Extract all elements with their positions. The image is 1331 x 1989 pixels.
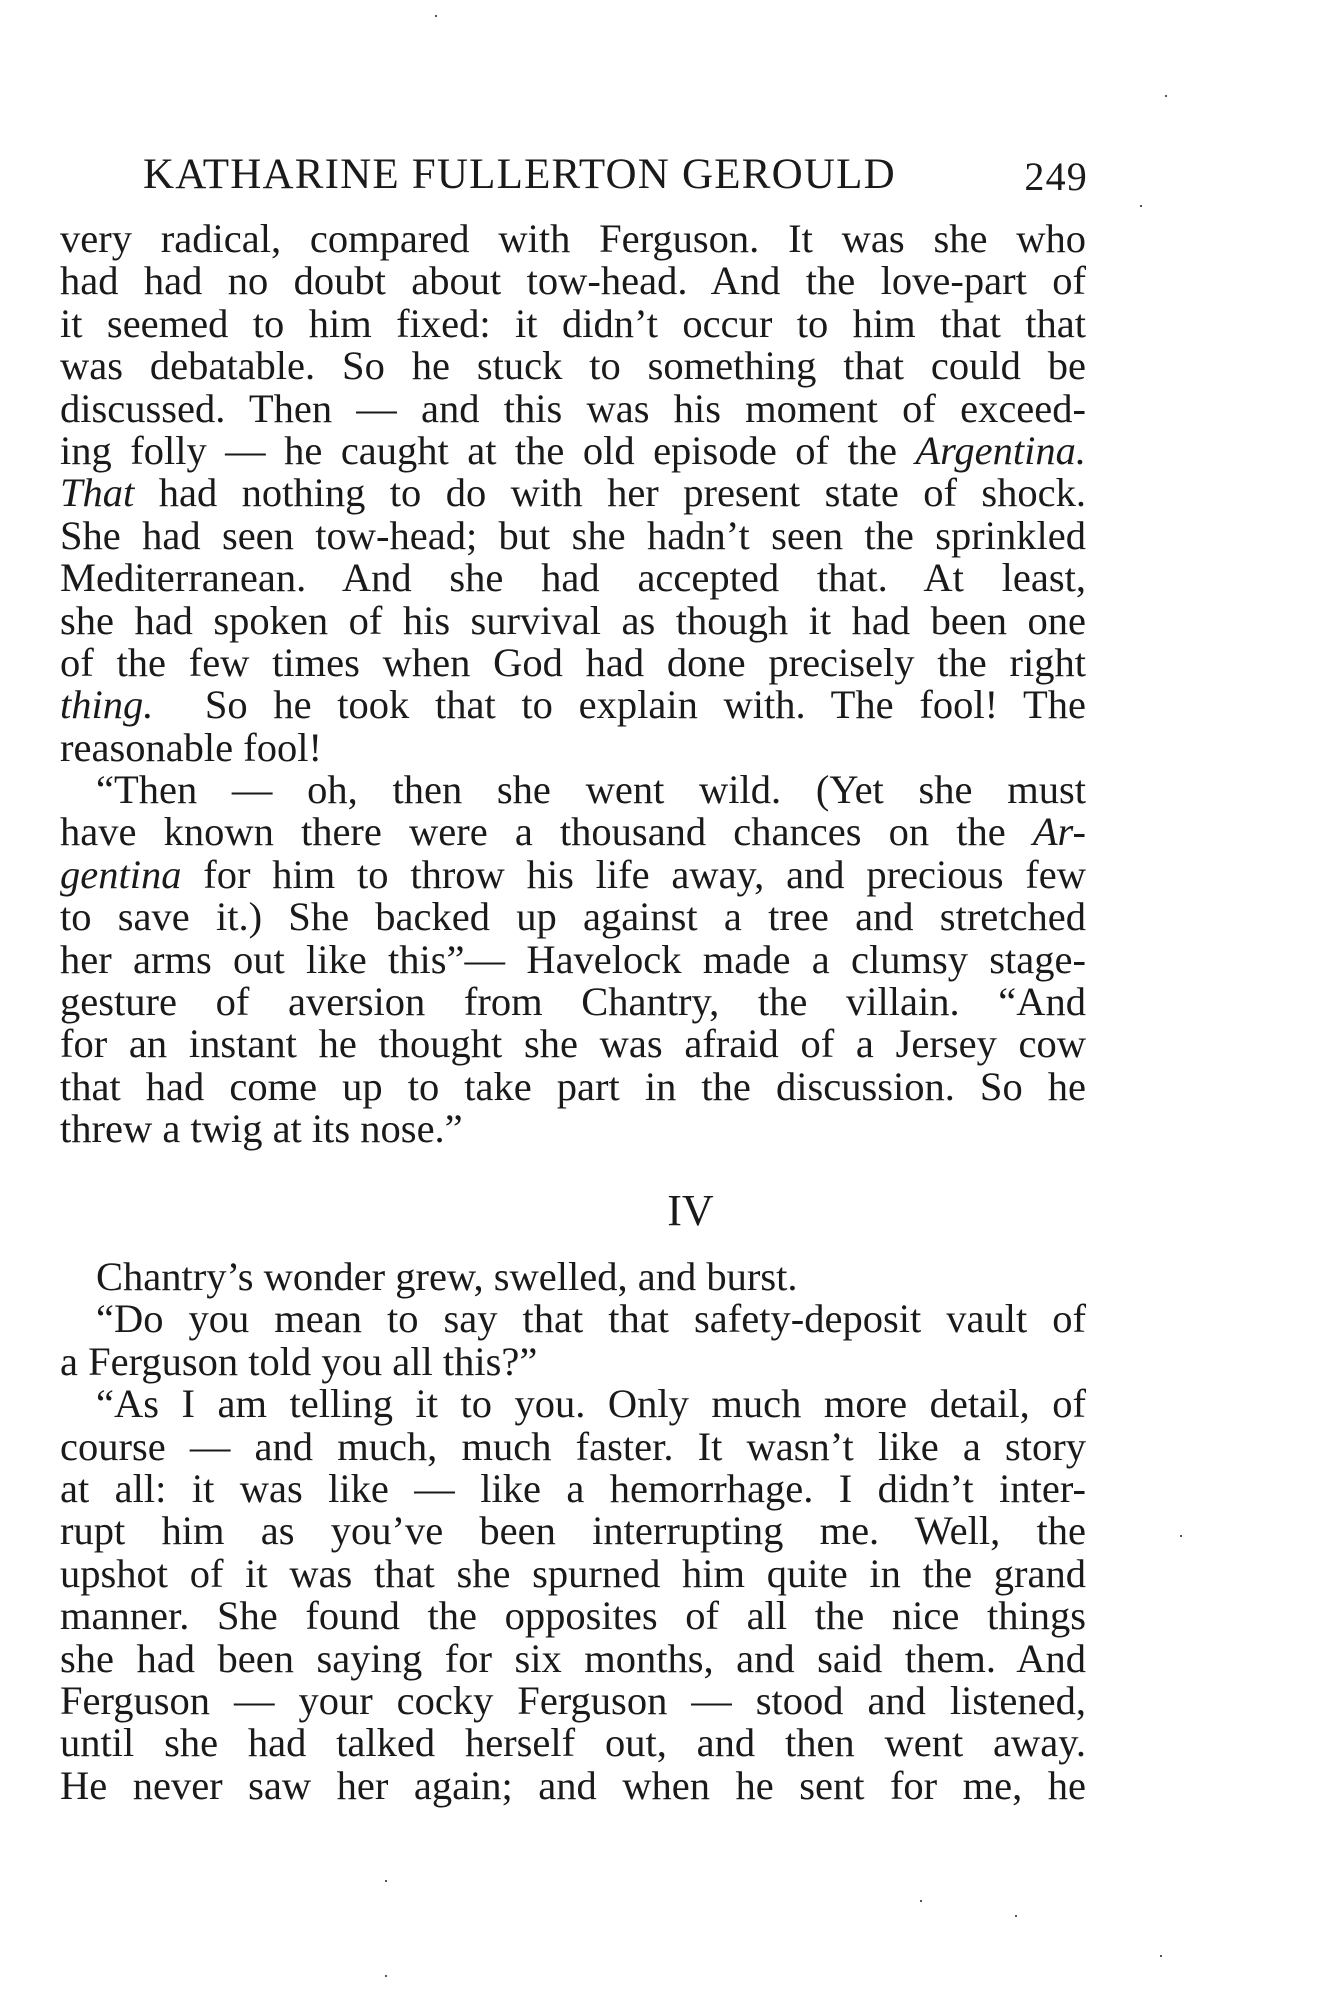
text-line: That had nothing to do with her present … (60, 472, 1086, 514)
text-fragment: for him to throw his life away, and prec… (203, 852, 1086, 897)
scan-speck (920, 1900, 922, 1902)
text-line: Chantry’s wonder grew, swelled, and burs… (60, 1256, 1086, 1298)
scan-speck (1015, 1915, 1017, 1917)
italic-emphasis: thing. (60, 682, 153, 727)
text-line: She had seen tow-head; but she hadn’t se… (60, 515, 1086, 557)
text-line: that had come up to take part in the dis… (60, 1066, 1086, 1108)
text-line: thing. So he took that to explain with. … (60, 684, 1086, 726)
text-line: ing folly — he caught at the old episode… (60, 430, 1086, 472)
scan-speck (435, 15, 437, 17)
scan-speck (385, 1975, 387, 1977)
text-line: gesture of aversion from Chantry, the vi… (60, 981, 1086, 1023)
italic-ship-name: Ar- (1033, 809, 1086, 854)
text-line: “Then — oh, then she went wild. (Yet she… (60, 769, 1086, 811)
book-page: KATHARINE FULLERTON GEROULD 249 very rad… (0, 0, 1331, 1989)
text-line: it seemed to him fixed: it didn’t occur … (60, 303, 1086, 345)
page-number: 249 (1024, 152, 1088, 202)
scan-speck (1160, 1955, 1162, 1957)
text-line: threw a twig at its nose.” (60, 1108, 1086, 1150)
text-line: a Ferguson told you all this?” (60, 1341, 1086, 1383)
text-line: “As I am telling it to you. Only much mo… (60, 1383, 1086, 1425)
text-line: her arms out like this”— Havelock made a… (60, 939, 1086, 981)
text-line: rupt him as you’ve been interrupting me.… (60, 1510, 1086, 1552)
running-head: KATHARINE FULLERTON GEROULD 249 (143, 150, 1088, 200)
text-line: Ferguson — your cocky Ferguson — stood a… (60, 1680, 1086, 1722)
scan-speck (1180, 1535, 1182, 1537)
text-line: reasonable fool! (60, 727, 1086, 769)
section-four: Chantry’s wonder grew, swelled, and burs… (60, 1256, 1086, 1807)
text-line: discussed. Then — and this was his momen… (60, 388, 1086, 430)
italic-emphasis: That (60, 470, 134, 515)
text-line: at all: it was like — like a hemorrhage.… (60, 1468, 1086, 1510)
text-line: very radical, compared with Ferguson. It… (60, 218, 1086, 260)
text-line: He never saw her again; and when he sent… (60, 1765, 1086, 1807)
text-line: upshot of it was that she spurned him qu… (60, 1553, 1086, 1595)
text-line: gentina for him to throw his life away, … (60, 854, 1086, 896)
text-line: course — and much, much faster. It wasn’… (60, 1426, 1086, 1468)
italic-ship-name: gentina (60, 852, 181, 897)
italic-ship-name: Argentina. (915, 428, 1086, 473)
text-fragment: So he took that to explain with. The foo… (205, 682, 1086, 727)
scan-speck (385, 1880, 387, 1882)
text-line: for an instant he thought she was afraid… (60, 1023, 1086, 1065)
text-line: Mediterranean. And she had accepted that… (60, 557, 1086, 599)
text-line: until she had talked herself out, and th… (60, 1722, 1086, 1764)
running-head-author: KATHARINE FULLERTON GEROULD (143, 150, 896, 200)
section-heading: IV (0, 1186, 1331, 1236)
text-line: was debatable. So he stuck to something … (60, 345, 1086, 387)
text-fragment: ing folly — he caught at the old episode… (60, 428, 897, 473)
text-fragment: have known there were a thousand chances… (60, 809, 1006, 854)
scan-speck (1165, 95, 1167, 97)
text-line: have known there were a thousand chances… (60, 811, 1086, 853)
text-fragment: had nothing to do with her present state… (159, 470, 1086, 515)
text-line: “Do you mean to say that that safety-dep… (60, 1298, 1086, 1340)
text-line: had had no doubt about tow-head. And the… (60, 260, 1086, 302)
text-line: manner. She found the opposites of all t… (60, 1595, 1086, 1637)
scan-speck (1140, 205, 1142, 207)
text-line: of the few times when God had done preci… (60, 642, 1086, 684)
text-line: she had spoken of his survival as though… (60, 600, 1086, 642)
text-line: she had been saying for six months, and … (60, 1638, 1086, 1680)
section-three-continuation: very radical, compared with Ferguson. It… (60, 218, 1086, 1151)
text-line: to save it.) She backed up against a tre… (60, 896, 1086, 938)
